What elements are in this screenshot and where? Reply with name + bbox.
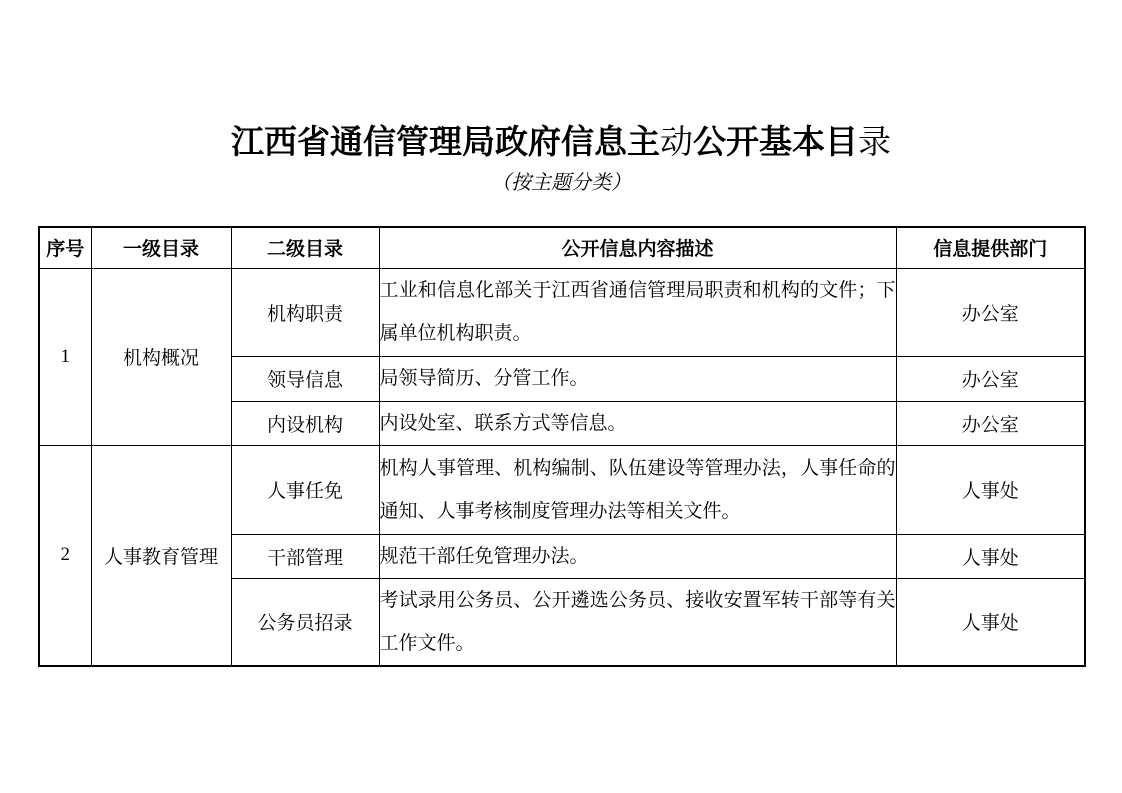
level1-cell: 人事教育管理 — [91, 445, 231, 666]
desc-cell: 局领导简历、分管工作。 — [379, 356, 896, 401]
dept-cell: 人事处 — [896, 578, 1085, 666]
level2-cell: 人事任免 — [231, 445, 379, 534]
desc-cell: 机构人事管理、机构编制、队伍建设等管理办法，人事任命的通知、人事考核制度管理办法… — [379, 445, 896, 534]
page-subtitle: （按主题分类） — [0, 171, 1122, 195]
level2-cell: 干部管理 — [231, 534, 379, 578]
level2-cell: 内设机构 — [231, 401, 379, 445]
level1-cell: 机构概况 — [91, 268, 231, 445]
title-segment-bold: 公开基本目 — [693, 123, 858, 160]
header-dept: 信息提供部门 — [896, 227, 1085, 268]
title-segment-light: 动 — [660, 125, 693, 161]
catalog-table: 序号 一级目录 二级目录 公开信息内容描述 信息提供部门 1 机构概况 机构职责… — [38, 226, 1086, 667]
desc-cell: 规范干部任免管理办法。 — [379, 534, 896, 578]
dept-cell: 办公室 — [896, 356, 1085, 401]
page-title: 江西省通信管理局政府信息主动公开基本目录 — [0, 122, 1122, 163]
desc-cell: 内设处室、联系方式等信息。 — [379, 401, 896, 445]
seq-cell: 1 — [39, 268, 91, 445]
header-desc: 公开信息内容描述 — [379, 227, 896, 268]
level2-cell: 机构职责 — [231, 268, 379, 356]
dept-cell: 人事处 — [896, 534, 1085, 578]
level2-cell: 领导信息 — [231, 356, 379, 401]
desc-cell: 工业和信息化部关于江西省通信管理局职责和机构的文件；下属单位机构职责。 — [379, 268, 896, 356]
title-segment-bold: 江西省通信管理局政府信息主 — [231, 123, 660, 160]
desc-cell: 考试录用公务员、公开遴选公务员、接收安置军转干部等有关工作文件。 — [379, 578, 896, 666]
level2-cell: 公务员招录 — [231, 578, 379, 666]
dept-cell: 人事处 — [896, 445, 1085, 534]
table-row: 2 人事教育管理 人事任免 机构人事管理、机构编制、队伍建设等管理办法，人事任命… — [39, 445, 1085, 534]
table-header-row: 序号 一级目录 二级目录 公开信息内容描述 信息提供部门 — [39, 227, 1085, 268]
header-level2: 二级目录 — [231, 227, 379, 268]
title-segment-light: 录 — [858, 125, 891, 161]
dept-cell: 办公室 — [896, 268, 1085, 356]
header-level1: 一级目录 — [91, 227, 231, 268]
page: 江西省通信管理局政府信息主动公开基本目录 （按主题分类） 序号 一级目录 二级目… — [0, 0, 1122, 793]
header-seq: 序号 — [39, 227, 91, 268]
dept-cell: 办公室 — [896, 401, 1085, 445]
seq-cell: 2 — [39, 445, 91, 666]
table-row: 1 机构概况 机构职责 工业和信息化部关于江西省通信管理局职责和机构的文件；下属… — [39, 268, 1085, 356]
